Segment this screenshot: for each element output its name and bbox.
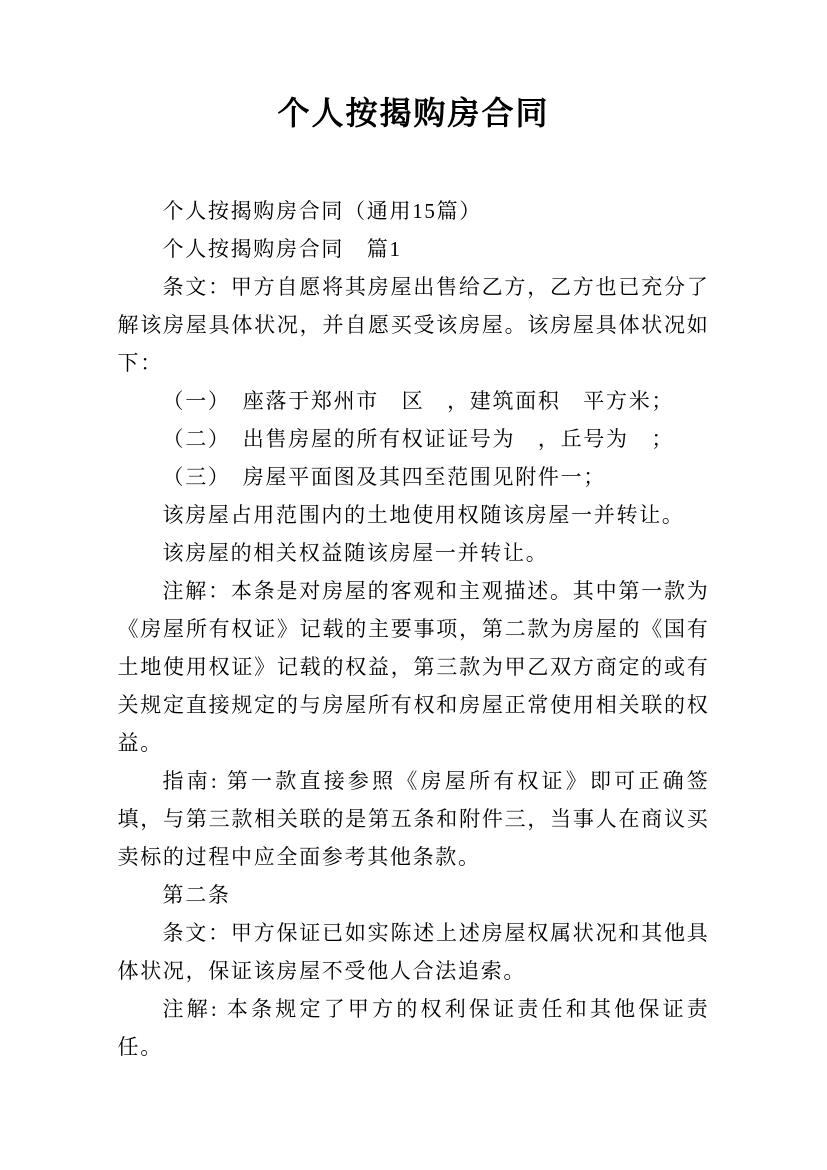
document-body: 个人按揭购房合同（通用15篇） 个人按揭购房合同 篇1 条文：甲方自愿将其房屋出…: [118, 192, 710, 1066]
document-page: 个人按揭购房合同 个人按揭购房合同（通用15篇） 个人按揭购房合同 篇1 条文：…: [0, 0, 827, 1170]
paragraph-part-title: 个人按揭购房合同 篇1: [118, 230, 710, 268]
paragraph-article-2: 第二条: [118, 876, 710, 914]
paragraph-item-3: （三） 房屋平面图及其四至范围见附件一；: [118, 458, 710, 496]
paragraph-clause-1: 条文：甲方自愿将其房屋出售给乙方，乙方也已充分了解该房屋具体状况，并自愿买受该房…: [118, 268, 710, 382]
paragraph-transfer-2: 该房屋的相关权益随该房屋一并转让。: [118, 534, 710, 572]
document-title: 个人按揭购房合同: [0, 0, 827, 132]
paragraph-note-1: 注解：本条是对房屋的客观和主观描述。其中第一款为《房屋所有权证》记载的主要事项，…: [118, 572, 710, 762]
paragraph-transfer-1: 该房屋占用范围内的土地使用权随该房屋一并转让。: [118, 496, 710, 534]
paragraph-subtitle: 个人按揭购房合同（通用15篇）: [118, 192, 710, 230]
paragraph-item-2: （二） 出售房屋的所有权证证号为 ，丘号为 ；: [118, 420, 710, 458]
paragraph-note-2: 注解: 本条规定了甲方的权利保证责任和其他保证责任。: [118, 990, 710, 1066]
paragraph-clause-2: 条文：甲方保证已如实陈述上述房屋权属状况和其他具体状况，保证该房屋不受他人合法追…: [118, 914, 710, 990]
paragraph-guide-1: 指南: 第一款直接参照《房屋所有权证》即可正确签填，与第三款相关联的是第五条和附…: [118, 762, 710, 876]
paragraph-item-1: （一） 座落于郑州市 区 ，建筑面积 平方米；: [118, 382, 710, 420]
